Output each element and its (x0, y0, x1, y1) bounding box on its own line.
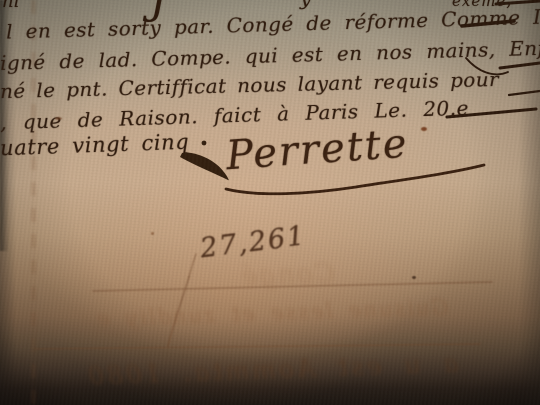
paper-speck (412, 276, 416, 279)
bleedthrough-line: a u est Aommta. 1080 (85, 348, 459, 390)
cutoff-fragment: ni (2, 0, 19, 12)
bleedthrough-word: Congé (240, 258, 335, 291)
cutoff-fragment: y (300, 0, 311, 10)
text-line: uatre vingt cinq (0, 130, 190, 161)
signature: Perrette (225, 121, 410, 180)
paper-speck (421, 127, 427, 131)
bleedthrough-line: Guisune lesse et zundliy e (95, 295, 449, 331)
catalog-number: 27,261 (199, 221, 308, 265)
paper-speck (151, 232, 154, 235)
manuscript-photo: ni J y exeme, l en est sorty par. Congé … (0, 0, 540, 405)
paper-speck (55, 117, 62, 120)
